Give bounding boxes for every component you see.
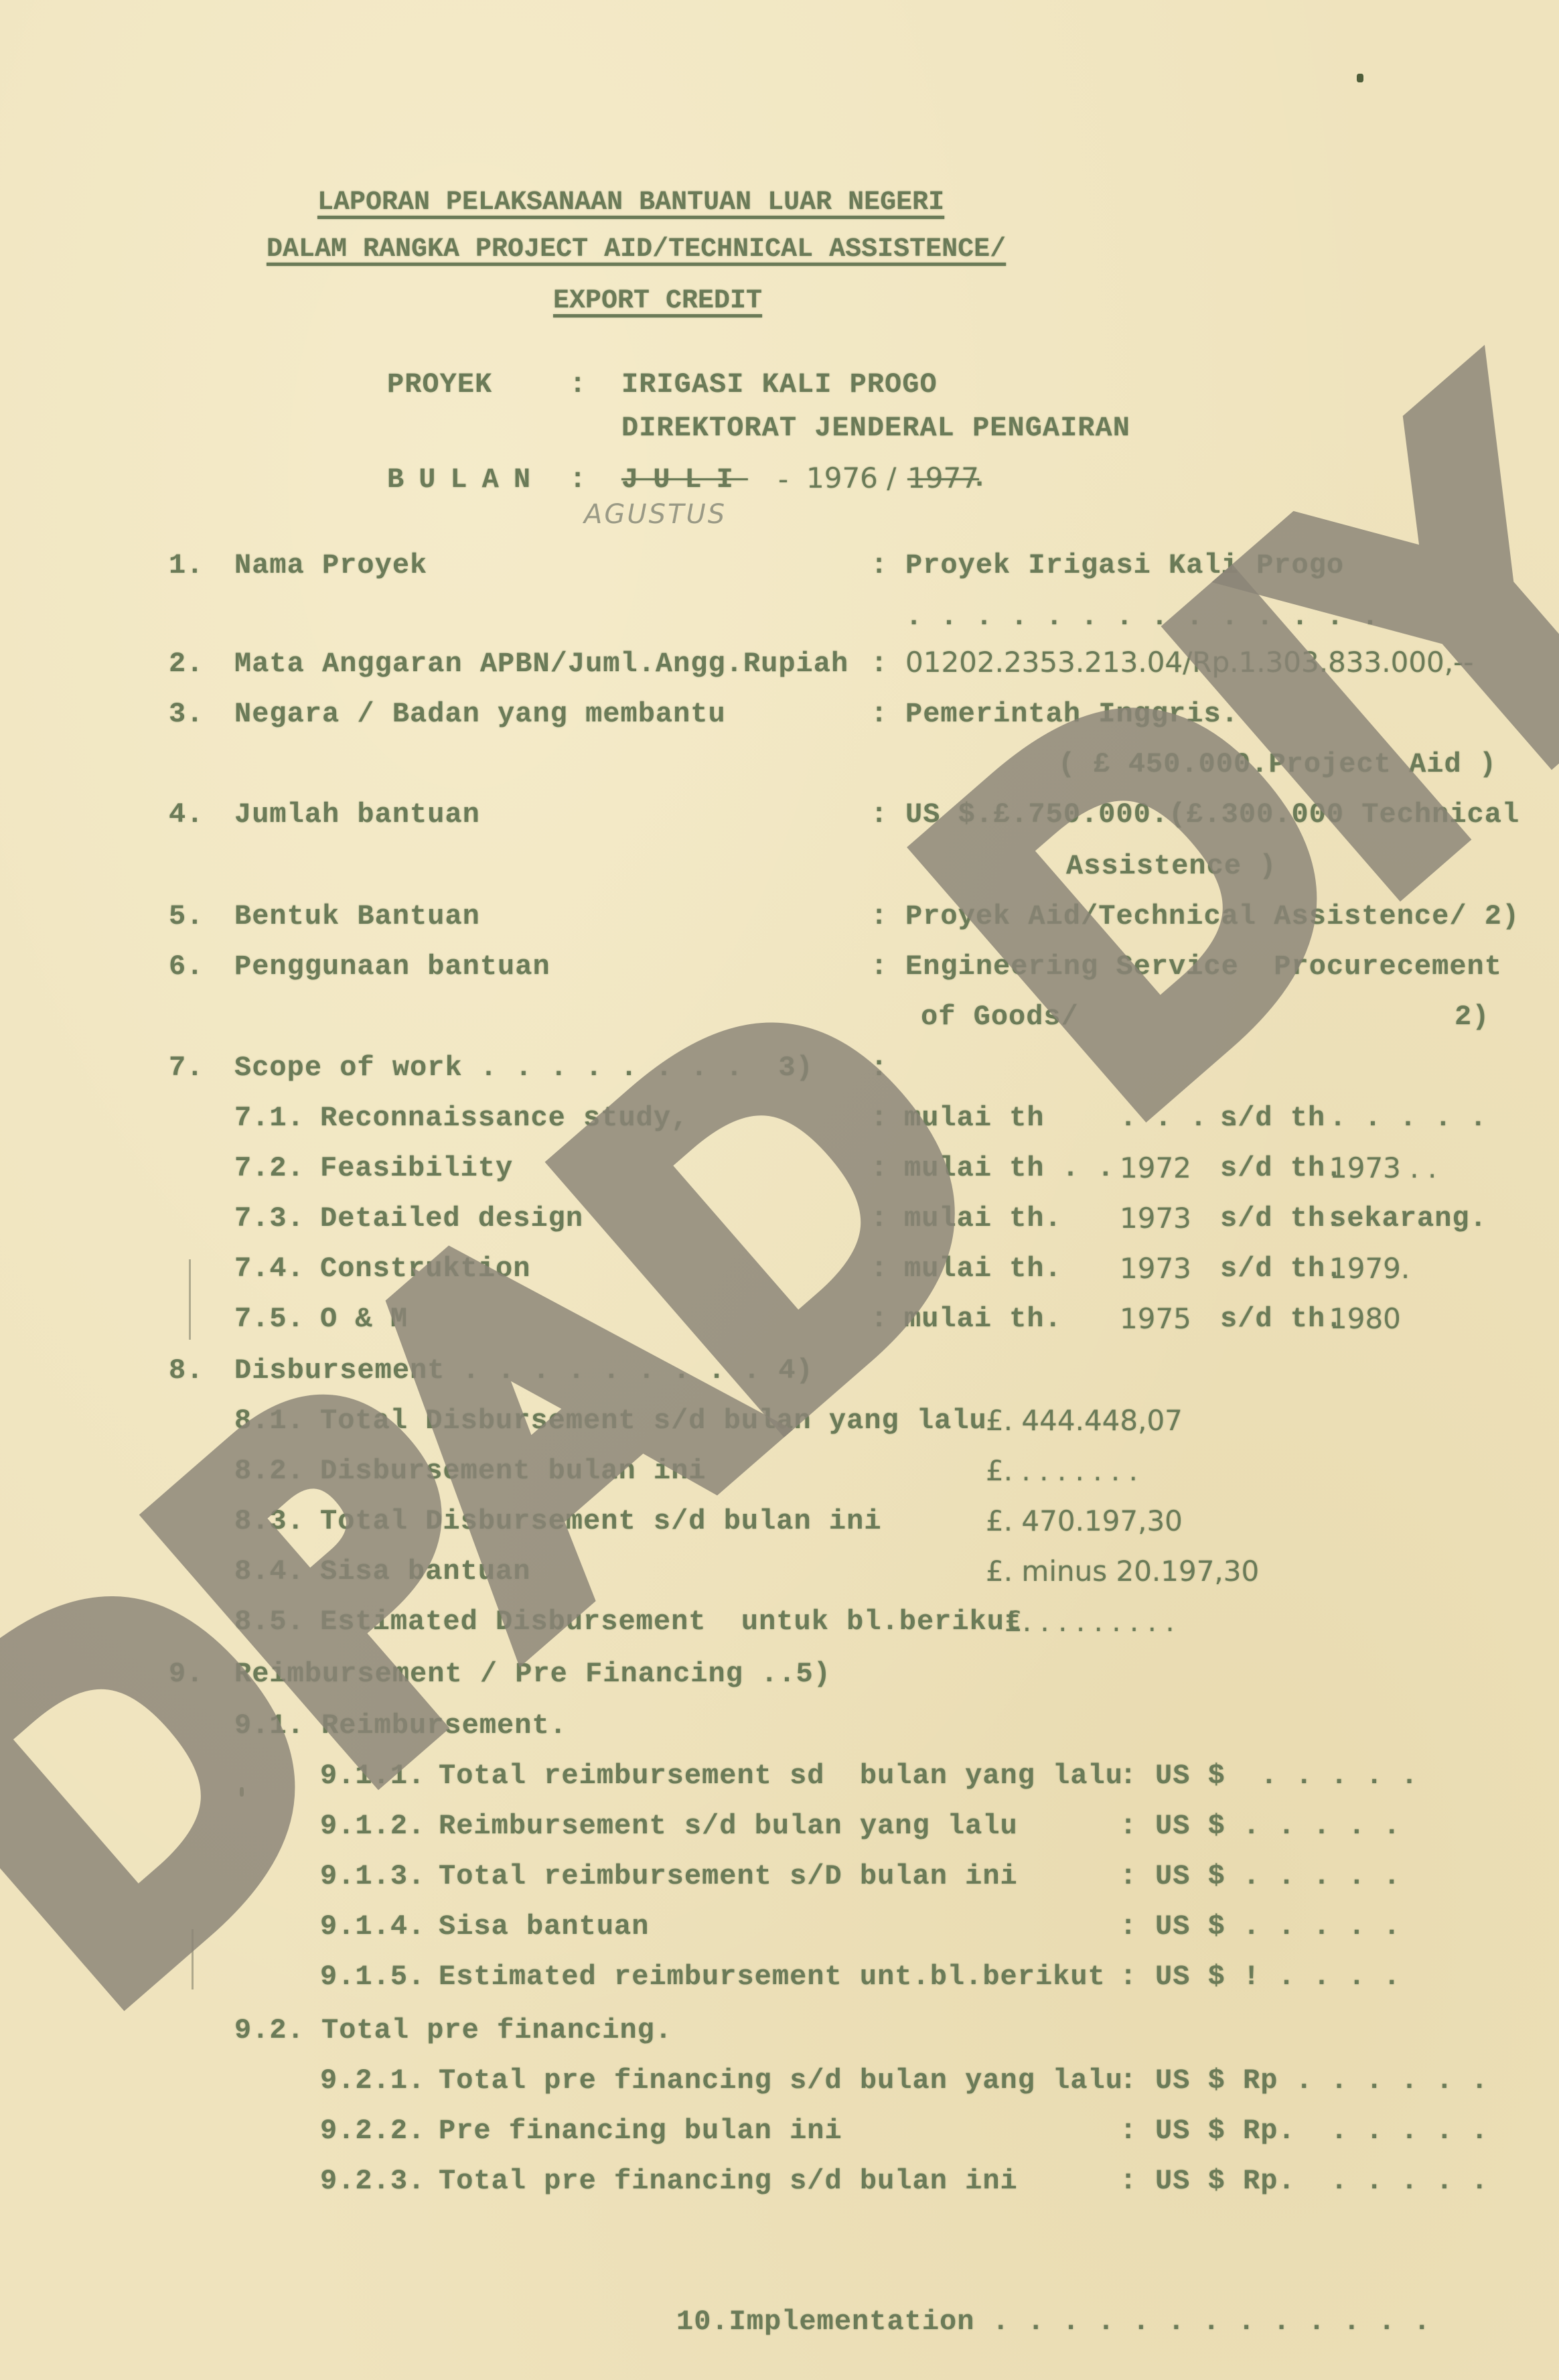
scope-row-start: 1973 (1120, 1255, 1191, 1283)
item-1-sep: : (871, 551, 888, 579)
scope-row-sep: : (871, 1305, 888, 1333)
item-5-sep: : (871, 902, 888, 930)
reimbursement-row-num: 9.1.3. (320, 1862, 425, 1890)
bulan-label: BULAN (387, 466, 545, 494)
disbursement-row-num: 8.1. (234, 1407, 305, 1435)
reimbursement-label: Reimbursement / Pre Financing ..5) (234, 1660, 831, 1688)
scope-row-end: sekarang. (1329, 1204, 1487, 1233)
prefinancing-row-value: US $ Rp. . . . . . (1155, 2117, 1489, 2145)
bulan-period: . (971, 464, 988, 492)
item-4-label: Jumlah bantuan (234, 800, 480, 829)
prefinancing-row-num: 9.2.1. (320, 2067, 425, 2095)
reimbursement-row-sep: : (1120, 1762, 1137, 1790)
item-6-value-note: 2) (1455, 1003, 1489, 1031)
disbursement-num: 8. (169, 1356, 204, 1385)
item-4-sep: : (871, 800, 888, 829)
reimbursement-row-num: 9.1.5. (320, 1963, 425, 1991)
item-1-label: Nama Proyek (234, 551, 427, 579)
scope-row-start: 1972 (1120, 1154, 1191, 1182)
disbursement-row-label: Estimated Disbursement untuk bl.berikut (320, 1608, 1022, 1636)
item-2-num: 2. (169, 650, 204, 678)
item-3-num: 3. (169, 700, 204, 728)
item-5-num: 5. (169, 902, 204, 930)
scope-row-num: 7.2. (234, 1154, 305, 1182)
disbursement-row-num: 8.4. (234, 1557, 305, 1586)
reimbursement-row-label: Reimbursement s/d bulan yang lalu (439, 1812, 1018, 1840)
bulan-dash: - (778, 466, 788, 494)
disbursement-row-value: £. . . . . . . . . (1005, 1608, 1175, 1636)
reimbursement-row-value: US $ ! . . . . (1155, 1963, 1401, 1991)
proyek-value-1: IRIGASI KALI PROGO (621, 370, 938, 399)
item-1-value-line2: . . . . . . . . . . . . . . (905, 603, 1380, 631)
scope-row-num: 7.5. (234, 1305, 305, 1333)
scope-row-label: Construktion (320, 1255, 530, 1283)
disbursement-row-num: 8.2. (234, 1457, 305, 1485)
scope-row-num: 7.1. (234, 1104, 305, 1132)
scope-label: Scope of work . . . . . . . . 3) (234, 1054, 814, 1082)
item-2-sep: : (871, 650, 888, 678)
disbursement-row-label: Sisa bantuan (320, 1557, 530, 1586)
proyek-label: PROYEK (387, 370, 492, 399)
scope-row-start: 1975 (1120, 1305, 1191, 1333)
prefinancing-row-num: 9.2.3. (320, 2167, 425, 2195)
prefinancing-row-value: US $ Rp. . . . . . (1155, 2167, 1489, 2195)
disbursement-row-value: £. 470.197,30 (986, 1507, 1183, 1535)
scope-row-start: 1973 (1120, 1204, 1191, 1233)
title-line-1: LAPORAN PELAKSANAAN BANTUAN LUAR NEGERI (317, 190, 944, 216)
item-6-value: Engineering Service Procurecement (905, 953, 1502, 981)
item-4-value: US $.£.750.000.(£.300.000 Technical (905, 800, 1519, 829)
prefinancing-row-num: 9.2.2. (320, 2117, 425, 2145)
proyek-separator: : (569, 370, 587, 399)
bulan-separator: : (569, 466, 587, 494)
scope-row-label: Detailed design (320, 1204, 583, 1233)
title-line-3: EXPORT CREDIT (553, 288, 762, 315)
scope-num: 7. (169, 1054, 204, 1082)
item-4-num: 4. (169, 800, 204, 829)
item-1-value: Proyek Irigasi Kali Progo (905, 551, 1344, 579)
disbursement-label: Disbursement . . . . . . . . . 4) (234, 1356, 814, 1385)
scope-row-label: Reconnaissance study, (320, 1104, 688, 1132)
prefinancing-row-sep: : (1120, 2117, 1137, 2145)
disbursement-row-label: Disbursement bulan ini (320, 1457, 707, 1485)
disbursement-row-label: Total Disbursement s/d bulan ini (320, 1507, 882, 1535)
scope-sep: : (871, 1054, 888, 1082)
scope-row-num: 7.3. (234, 1204, 305, 1233)
bulan-year-struck: 1977 (907, 464, 979, 492)
prefinancing-row-label: Pre financing bulan ini (439, 2117, 842, 2145)
reimbursement-row-label: Total reimbursement s/D bulan ini (439, 1862, 1018, 1890)
next-section-implementation: 10.Implementation . . . . . . . . . . . … (676, 2308, 1431, 2336)
document-page: LAPORAN PELAKSANAAN BANTUAN LUAR NEGERI … (0, 0, 1559, 2380)
reimbursement-row-label: Sisa bantuan (439, 1912, 649, 1941)
scope-row-sep: : (871, 1255, 888, 1283)
scope-row-sep: : (871, 1104, 888, 1132)
scope-row-start-text: mulai th. (904, 1204, 1062, 1233)
item-3-label: Negara / Badan yang membantu (234, 700, 726, 728)
prefinancing-row-sep: : (1120, 2167, 1137, 2195)
scope-row-num: 7.4. (234, 1255, 305, 1283)
scope-row-end-text: s/d th. (1220, 1305, 1343, 1333)
disbursement-row-num: 8.5. (234, 1608, 305, 1636)
scope-row-end: 1980 (1329, 1305, 1401, 1333)
item-4-value-line2: Assistence ) (1066, 852, 1276, 880)
reimbursement-row-num: 9.1.2. (320, 1812, 425, 1840)
scope-row-end: 1979. (1329, 1255, 1410, 1283)
scope-row-label: O & M (320, 1305, 408, 1333)
item-3-sep: : (871, 700, 888, 728)
reimbursement-row-value: US $ . . . . . (1155, 1812, 1401, 1840)
margin-mark (189, 1259, 191, 1340)
item-2-label: Mata Anggaran APBN/Juml.Angg.Rupiah (234, 650, 848, 678)
item-6-value-line2: of Goods/ (921, 1003, 1079, 1031)
reimbursement-row-value: US $ . . . . . (1155, 1862, 1401, 1890)
disbursement-row-value: £. minus 20.197,30 (986, 1557, 1259, 1586)
handwritten-month: AGUSTUS (584, 499, 727, 530)
scope-row-label: Feasibility (320, 1154, 513, 1182)
scope-row-end-text: s/d th. (1220, 1154, 1343, 1182)
reimbursement-sub1-label: Reimbursement. (321, 1711, 567, 1740)
prefinancing-row-value: US $ Rp . . . . . . (1155, 2067, 1489, 2095)
reimbursement-row-value: US $ . . . . . (1155, 1912, 1401, 1941)
scope-row-end-text: s/d th (1220, 1104, 1325, 1132)
bulan-month-struck: JULI (621, 466, 748, 494)
reimbursement-row-sep: : (1120, 1862, 1137, 1890)
scope-row-sep: : (871, 1204, 888, 1233)
margin-mark (192, 1929, 194, 1989)
scope-row-start-text: mulai th. (904, 1255, 1062, 1283)
scope-row-end: 1973 . . (1329, 1154, 1436, 1182)
reimbursement-row-sep: : (1120, 1912, 1137, 1941)
scope-row-end-text: s/d th. (1220, 1255, 1343, 1283)
item-5-label: Bentuk Bantuan (234, 902, 480, 930)
prefinancing-num: 9.2. (234, 2016, 305, 2044)
prefinancing-row-label: Total pre financing s/d bulan ini (439, 2167, 1018, 2195)
scope-row-end: . . . . . (1329, 1104, 1487, 1132)
bulan-year: 1976 / (806, 464, 896, 492)
reimbursement-num: 9. (169, 1660, 204, 1688)
reimbursement-row-label: Estimated reimbursement unt.bl.berikut (439, 1963, 1106, 1991)
ink-speck (1357, 74, 1363, 82)
reimbursement-row-num: 9.1.1. (320, 1762, 425, 1790)
disbursement-row-value: £. . . . . . . . (986, 1457, 1138, 1485)
prefinancing-row-sep: : (1120, 2067, 1137, 2095)
scope-row-sep: : (871, 1154, 888, 1182)
item-2-value: 01202.2353.213.04/Rp.1.303.833.000,-- (905, 648, 1473, 677)
reimbursement-row-value: US $ . . . . . (1155, 1762, 1418, 1790)
prefinancing-row-label: Total pre financing s/d bulan yang lalu (439, 2067, 1123, 2095)
item-5-value: Proyek Aid/Technical Assistence/ 2) (905, 902, 1519, 930)
item-3-value: Pemerintah Inggris. (905, 700, 1239, 728)
item-6-sep: : (871, 953, 888, 981)
disbursement-row-value: £. 444.448,07 (986, 1407, 1183, 1435)
proyek-value-2: DIREKTORAT JENDERAL PENGAIRAN (621, 414, 1130, 442)
reimbursement-row-sep: : (1120, 1812, 1137, 1840)
reimbursement-row-num: 9.1.4. (320, 1912, 425, 1941)
item-3-value-line2: ( £ 450.000.Project Aid ) (1058, 750, 1497, 778)
reimbursement-sub1-num: 9.1. (234, 1711, 305, 1740)
reimbursement-row-sep: : (1120, 1963, 1137, 1991)
scope-row-start-text: mulai th. (904, 1305, 1062, 1333)
title-line-2: DALAM RANGKA PROJECT AID/TECHNICAL ASSIS… (267, 236, 1006, 263)
item-6-label: Penggunaan bantuan (234, 953, 550, 981)
reimbursement-row-label: Total reimbursement sd bulan yang lalu (439, 1762, 1123, 1790)
disbursement-row-label: Total Disbursement s/d bulan yang lalu (320, 1407, 987, 1435)
disbursement-row-num: 8.3. (234, 1507, 305, 1535)
ink-speck (240, 1787, 244, 1797)
item-6-num: 6. (169, 953, 204, 981)
prefinancing-label: Total pre financing. (321, 2016, 672, 2044)
scope-row-start-text: mulai th (904, 1104, 1045, 1132)
item-1-num: 1. (169, 551, 204, 579)
scope-row-start-text: mulai th . . (904, 1154, 1114, 1182)
scope-row-end-text: s/d th. (1220, 1204, 1343, 1233)
